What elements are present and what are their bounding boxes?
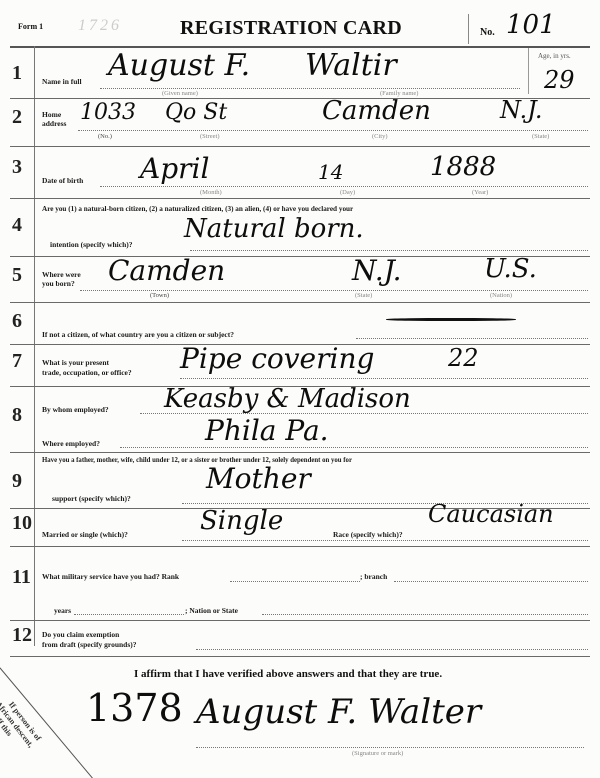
- dob-year-value: 1888: [430, 152, 496, 182]
- employer-value: Keasby & Madison: [164, 384, 411, 414]
- divider: [10, 198, 590, 199]
- row-number-6: 6: [12, 310, 22, 333]
- fill-line: [180, 378, 588, 379]
- fill-line: [394, 581, 588, 582]
- fill-line: [100, 88, 520, 89]
- birth-town-caption: (Town): [150, 292, 169, 299]
- dob-month-value: April: [140, 152, 209, 185]
- card-number: 101: [506, 10, 556, 40]
- row-number-1: 1: [12, 62, 22, 85]
- serial-number: 1378: [86, 686, 183, 730]
- divider: [10, 146, 590, 147]
- age-label: Age, in yrs.: [538, 52, 571, 60]
- work-location-label: Where employed?: [42, 439, 100, 448]
- exemption-label-1: Do you claim exemption: [42, 630, 119, 639]
- work-location-value: Phila Pa.: [205, 414, 329, 447]
- left-column-rule: [34, 46, 35, 646]
- registrant-signature: August F. Walter: [196, 692, 481, 732]
- foreign-citizenship-question: If not a citizen, of what country are yo…: [42, 330, 234, 339]
- divider: [10, 452, 590, 453]
- birth-nation-value: U.S.: [484, 254, 537, 284]
- birth-state-value: N.J.: [352, 254, 402, 287]
- race-value: Caucasian: [428, 500, 554, 528]
- occupation-extra-value: 22: [448, 344, 479, 372]
- address-city-value: Camden: [322, 96, 431, 126]
- occupation-label-2: trade, occupation, or office?: [42, 368, 132, 377]
- occupation-label-1: What is your present: [42, 358, 109, 367]
- row-number-12: 12: [12, 624, 32, 647]
- signature-caption: (Signature or mark): [352, 750, 403, 757]
- fill-line: [262, 614, 588, 615]
- address-label-1: Home: [42, 110, 61, 119]
- row-number-3: 3: [12, 156, 22, 179]
- fill-line: [100, 186, 588, 187]
- address-city-caption: (City): [372, 133, 388, 140]
- citizenship-question-1: Are you (1) a natural-born citizen, (2) …: [42, 205, 353, 213]
- number-label: No.: [480, 27, 495, 38]
- citizenship-value: Natural born.: [184, 214, 364, 244]
- form-label: Form 1: [18, 22, 43, 31]
- birthplace-label-2: you born?: [42, 279, 75, 288]
- address-street-value: Qo St: [165, 100, 227, 125]
- divider: [10, 46, 590, 48]
- dob-month-caption: (Month): [200, 189, 222, 196]
- faint-pencil-number: 1726: [78, 17, 122, 35]
- row-number-9: 9: [12, 470, 22, 493]
- employer-label: By whom employed?: [42, 405, 109, 414]
- fill-line: [74, 614, 184, 615]
- dob-year-caption: (Year): [472, 189, 488, 196]
- row-number-4: 4: [12, 214, 22, 237]
- fill-line: [120, 447, 588, 448]
- fill-line: [230, 581, 360, 582]
- branch-label: ; branch: [360, 572, 387, 581]
- nation-state-label: ; Nation or State: [185, 606, 238, 615]
- family-name-value: Waltir: [305, 48, 397, 83]
- birthplace-label-1: Where were: [42, 270, 81, 279]
- address-label-2: address: [42, 119, 66, 128]
- divider: [10, 302, 590, 303]
- tear-off-corner-note: If person is of African descent, tear of…: [0, 700, 43, 762]
- occupation-value: Pipe covering: [180, 342, 374, 375]
- birth-state-caption: (State): [355, 292, 372, 299]
- citizenship-question-2: intention (specify which)?: [50, 240, 133, 249]
- registration-card: Form 1 1726 REGISTRATION CARD No. 101 1 …: [0, 0, 600, 778]
- row-number-8: 8: [12, 404, 22, 427]
- row-number-10: 10: [12, 512, 32, 535]
- fill-line: [190, 250, 588, 251]
- marital-value: Single: [200, 506, 283, 536]
- address-no-caption: (No.): [98, 133, 112, 140]
- row-number-5: 5: [12, 264, 22, 287]
- number-divider: [468, 14, 470, 44]
- age-value: 29: [544, 66, 575, 94]
- affirmation-statement: I affirm that I have verified above answ…: [134, 668, 442, 680]
- dob-day-caption: (Day): [340, 189, 355, 196]
- address-number-value: 1033: [80, 100, 136, 125]
- race-label: Race (specify which)?: [333, 530, 403, 539]
- dependents-question-2: support (specify which)?: [52, 494, 131, 503]
- dob-label: Date of birth: [42, 176, 83, 185]
- fill-line: [78, 130, 588, 131]
- address-state-value: N.J.: [500, 96, 542, 124]
- marital-label: Married or single (which)?: [42, 530, 128, 539]
- row-number-7: 7: [12, 350, 22, 373]
- age-divider: [528, 48, 530, 94]
- dob-day-value: 14: [318, 160, 343, 184]
- fill-line: [356, 338, 588, 339]
- years-label: years: [54, 606, 71, 615]
- given-name-caption: (Given name): [162, 90, 198, 97]
- address-state-caption: (State): [532, 133, 549, 140]
- birth-town-value: Camden: [108, 254, 225, 287]
- row-number-2: 2: [12, 106, 22, 129]
- fill-line: [182, 540, 588, 541]
- address-street-caption: (Street): [200, 133, 220, 140]
- card-title: REGISTRATION CARD: [180, 17, 402, 40]
- given-name-value: August F.: [108, 48, 250, 83]
- dependents-value: Mother: [206, 462, 311, 495]
- row-number-11: 11: [12, 566, 31, 589]
- divider: [10, 546, 590, 547]
- dash-mark: [386, 318, 516, 321]
- divider: [10, 620, 590, 621]
- exemption-label-2: from draft (specify grounds)?: [42, 640, 137, 649]
- signature-line: [196, 747, 584, 748]
- birth-nation-caption: (Nation): [490, 292, 512, 299]
- divider: [10, 656, 590, 657]
- name-label: Name in full: [42, 77, 82, 86]
- fill-line: [80, 290, 588, 291]
- fill-line: [196, 649, 588, 650]
- military-question: What military service have you had? Rank: [42, 572, 179, 581]
